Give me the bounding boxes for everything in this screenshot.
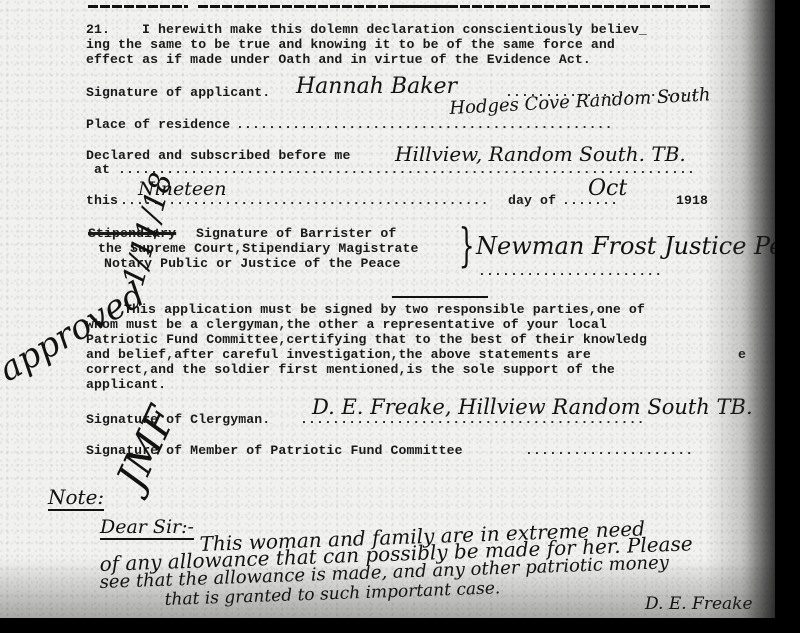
dotted-leader: ........................................…: [236, 117, 613, 132]
residence-label: Place of residence: [86, 117, 230, 132]
this-label: this: [86, 193, 118, 208]
top-rule: [400, 5, 710, 8]
declaration-line: I herewith make this dolemn declaration …: [142, 22, 647, 37]
stray-character: e: [738, 347, 746, 362]
declared-at-value: Hillview, Random South. TB.: [395, 142, 686, 166]
application-line: correct,and the soldier first mentioned,…: [86, 362, 615, 377]
barrister-line: Signature of Barrister of: [196, 226, 396, 241]
applicant-signature-label: Signature of applicant.: [86, 85, 270, 100]
dotted-leader: .....................: [525, 443, 693, 458]
application-line: Patriotic Fund Committee,certifying that…: [86, 332, 647, 347]
application-line: This application must be signed by two r…: [124, 302, 645, 317]
declaration-line: ing the same to be true and knowing it t…: [86, 37, 615, 52]
declared-label: Declared and subscribed before me: [86, 148, 350, 163]
paragraph-number: 21.: [86, 22, 110, 37]
month-value: Oct: [588, 176, 627, 201]
dotted-leader: .......................: [478, 264, 662, 279]
scanned-document-page: 21. I herewith make this dolemn declarat…: [0, 0, 775, 618]
application-line: applicant.: [86, 377, 166, 392]
declared-at-label: at: [94, 162, 110, 177]
note-salutation: Dear Sir:-: [100, 516, 194, 540]
day-of-label: day of: [508, 193, 556, 208]
section-rule: [392, 296, 488, 298]
brace: }: [459, 222, 475, 268]
note-heading: Note:: [48, 485, 104, 511]
year-value: 1918: [676, 193, 708, 208]
application-line: whom must be a clergyman,the other a rep…: [86, 317, 607, 332]
top-rule: [88, 5, 188, 8]
note-signoff: D. E. Freake: [645, 594, 753, 614]
justice-signature: Newman Frost Justice Peace: [476, 232, 775, 260]
application-line: and belief,after careful investigation,t…: [86, 347, 591, 362]
declaration-line: effect as if made under Oath and in virt…: [86, 52, 591, 67]
clergyman-signature: D. E. Freake, Hillview Random South TB.: [312, 395, 753, 419]
applicant-signature: Hannah Baker: [296, 74, 457, 99]
